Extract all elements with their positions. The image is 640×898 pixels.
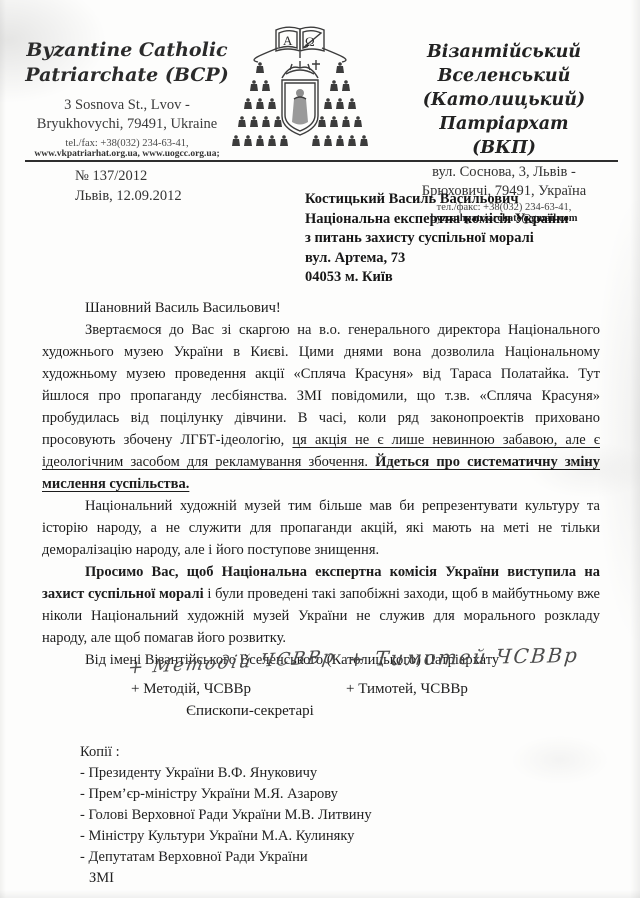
reference-block: № 137/2012 Львів, 12.09.2012 [75, 167, 182, 206]
salutation: Шановний Василь Васильович! [42, 297, 600, 319]
shield-icon [282, 80, 318, 135]
recipient-org-line1: Національна експертна комісія України [305, 210, 615, 230]
signatories-role: Єпископи-секретарі [120, 703, 380, 720]
recipient-org-line2: з питань захисту суспільної моралі [305, 229, 615, 249]
header-divider [25, 160, 618, 162]
paragraph-complaint-text: Звертаємося до Вас зі скаргою на в.о. ге… [42, 322, 600, 448]
paragraph-complaint: Звертаємося до Вас зі скаргою на в.о. ге… [42, 319, 600, 495]
left-tassels [232, 62, 288, 146]
org-address-en-line1: 3 Sosnova St., Lvov - [18, 96, 236, 115]
org-name-uk-line2: (Католицький) Патріархат [382, 88, 626, 136]
copy-recipient: - Голові Верховної Ради України М.В. Лит… [80, 805, 372, 826]
org-websites: www.vkpatriarhat.org.ua, www.uogcc.org.u… [18, 149, 236, 159]
recipient-name: Костицький Василь Васильович [305, 190, 615, 210]
place-and-date: Львів, 12.09.2012 [75, 187, 182, 207]
org-name-en-line2: Patriarchate (BCP) [18, 63, 236, 88]
right-tassels [312, 62, 368, 146]
signature-tymotej-printed: + Тимотей, ЧСВВр [346, 681, 468, 698]
alpha-omega-book-icon: Α Ω [276, 27, 324, 51]
madonna-figure [292, 89, 308, 125]
crown-icon [282, 60, 320, 78]
scanned-letter-page: Byzantine Catholic Patriarchate (BCP) 3 … [0, 0, 640, 898]
paragraph-museum-role: Національний художній музей тим більше м… [42, 495, 600, 561]
signature-tymotej-handwritten: + Тимотей ЧСВВр [347, 643, 580, 671]
letter-body: Шановний Василь Васильович! Звертаємося … [42, 297, 600, 671]
recipient-address: Костицький Василь Васильович Національна… [305, 190, 615, 288]
copies-block: Копії : - Президенту України В.Ф. Януков… [80, 742, 372, 889]
copy-recipient: - Депутатам Верховної Ради України [80, 847, 372, 868]
copy-recipient: - Президенту України В.Ф. Януковичу [80, 763, 372, 784]
copy-recipient: - Прем’єр-міністру України М.Я. Азарову [80, 784, 372, 805]
org-telfax-en: tel./fax: +38(032) 234-63-41, [18, 138, 236, 149]
org-name-uk-line1: Візантійський Вселенський [382, 40, 626, 88]
org-name-uk-line3: (ВКП) [382, 136, 626, 160]
org-name-en-line1: Byzantine Catholic [18, 38, 236, 63]
copy-recipient: ЗМІ [80, 868, 372, 889]
copy-recipient: - Міністру Культури України М.А. Кулиняк… [80, 826, 372, 847]
copies-label: Копії : [80, 742, 372, 763]
patriarchate-crest: Α Ω [228, 24, 388, 162]
alpha-letter: Α [283, 33, 293, 48]
salutation-text: Шановний Василь Васильович! [85, 300, 281, 316]
paragraph-request: Просимо Вас, щоб Національна експертна к… [42, 561, 600, 649]
paragraph-museum-role-text: Національний художній музей тим більше м… [42, 498, 600, 558]
recipient-street: вул. Артема, 73 [305, 249, 615, 269]
recipient-city: 04053 м. Київ [305, 268, 615, 288]
letterhead-english: Byzantine Catholic Patriarchate (BCP) 3 … [18, 38, 236, 159]
org-address-en-line2: Bryukhovychi, 79491, Ukraine [18, 115, 236, 134]
reference-number: № 137/2012 [75, 167, 182, 187]
signature-methodij-printed: + Методій, ЧСВВр [131, 681, 251, 698]
org-address-uk-line1: вул. Соснова, 3, Львів - [382, 163, 626, 182]
omega-letter: Ω [305, 34, 315, 49]
